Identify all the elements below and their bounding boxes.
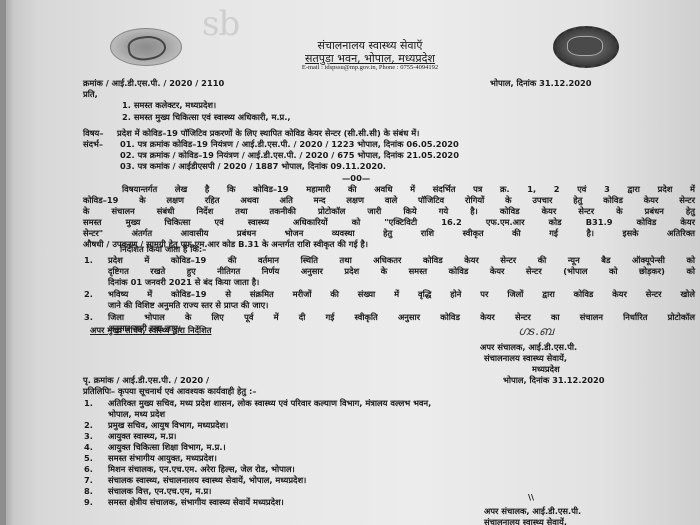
copy-item-text: आयुक्त चिकित्सा शिक्षा विभाग, म.प्र.।: [108, 442, 226, 452]
to-label: प्रति,: [83, 89, 98, 99]
letter-place-date: भोपाल, दिनांक 31.12.2020: [490, 78, 592, 88]
signatory-1-line-3: मध्यप्रदेश: [532, 364, 560, 374]
copy-item-text: संचालक स्वास्थ्य, संचालनालय स्वास्थ्य से…: [108, 475, 306, 485]
copy-item-number: 6.: [84, 464, 93, 474]
body-line: कोविड–19 के लक्षण रहित अथवा अति मन्द लक्…: [83, 195, 695, 205]
signatory-1-line-2: संचालनालय स्वास्थ्य सेवायें,: [484, 353, 567, 363]
copy-item-number: 8.: [84, 486, 93, 496]
directive-point-number: 2.: [84, 289, 93, 299]
copy-item-text: आयुक्त स्वास्थ्य, म.प्र।: [108, 431, 176, 441]
copy-item-number: 7.: [84, 475, 93, 485]
reference-item-3: 03. पत्र कमांक / आईडीएसपी / 2020 / 1887 …: [120, 161, 386, 171]
directive-point-text: जाने की विशिष्ट अनुमति राज्य स्तर से प्र…: [108, 300, 268, 310]
copy-item-number: 5.: [84, 453, 93, 463]
copy-label: प्रतिलिपिः– कृपया सूचनार्थ एवं आवश्यक का…: [83, 386, 257, 396]
copy-item-number: 2.: [84, 420, 93, 430]
body-line: विषयान्तर्गत लेख है कि कोविड–19 महामारी …: [122, 184, 695, 194]
copy-item-text: मिशन संचालक, एन.एच.एम. अरेरा हिल्स, जेल …: [108, 464, 295, 474]
signature-1: ഗs.ബ: [518, 326, 553, 336]
body-line: सेन्टर" अंतर्गत आवासीय प्रबंधन भोजन व्यव…: [83, 228, 695, 238]
directive-point-text: जिला भोपाल के लिए पूर्व में दी गई स्वीकृ…: [108, 312, 695, 322]
copy-item-number: 4.: [84, 442, 93, 452]
directive-point-text: दिनांक 01 जनवरी 2021 से बंद किया जाता है…: [108, 277, 259, 287]
body-line: के संचालन संबंधी निर्देश तथा तकनीकी प्रो…: [83, 206, 695, 216]
copy-item-text: संचालक वित्त, एन.एच.एम, म.प्र।: [108, 486, 211, 496]
separator: —00—: [342, 173, 370, 183]
reference-item-2: 02. पत्र क्रमांक / कोविड–19 नियंत्रण / आ…: [120, 150, 459, 160]
copy-item-text: भोपाल, मध्य प्रदेश: [108, 409, 165, 419]
copy-item-text: प्रमुख सचिव, आयुष विभाग, मध्यप्रदेश।: [108, 420, 228, 430]
copy-item-text: समस्त क्षेत्रीय संचालक, संभागीय स्वास्थ्…: [108, 497, 284, 507]
recipient-1: 1. समस्त कलेक्टर, मध्यप्रदेश।: [122, 100, 216, 110]
letter-number: क्रमांक / आई.डी.एस.पी. / 2020 / 2110: [83, 78, 224, 88]
signatory-2-line-2: संचालनालय स्वास्थ्य सेवायें,: [484, 517, 567, 525]
scan-edge-shadow: [0, 0, 6, 525]
copy-item-text: अतिरिक्त मुख्य सचिव, मध्य प्रदेश शासन, ल…: [108, 398, 431, 408]
endorsement-place-date: भोपाल, दिनांक 31.12.2020: [503, 375, 605, 385]
body-line: समस्त मुख्य चिकित्सा एवं स्वास्थ्य अधिका…: [83, 217, 695, 227]
reference-item-1: 01. पत्र क्रमांक कोविड–19 नियंत्रण / आई.…: [120, 139, 459, 149]
signatory-2-line-1: अपर संचालक, आई.डी.एस.पी.: [484, 506, 581, 516]
directive-point-number: 1.: [84, 255, 93, 265]
directive-point-text: अनुसार जारी रखा जाए।: [108, 323, 181, 333]
directive-point-text: दृष्टिगत रखते हुए नीतिगत निर्णय अनुसार प…: [108, 266, 695, 276]
endorsement-number: पृ. क्रमांक / आई.डी.एस.पी. / 2020 /: [83, 375, 209, 385]
org-contact: E-mail : idspssu@mp.gov.in, Phone : 0755…: [20, 64, 700, 71]
directive-point-text: भविष्य में कोविड–19 से संक्रमित मरीजों क…: [108, 289, 695, 299]
directive-point-number: 3.: [84, 312, 93, 322]
references-label: संदर्भ–: [83, 139, 103, 149]
recipient-2: 2. समस्त मुख्य चिकित्सा एवं स्वास्थ्य अध…: [122, 112, 291, 122]
copy-item-number: 1.: [84, 398, 93, 408]
directive-point-text: प्रदेश में कोविड–19 की वर्तमान स्थिति तथ…: [108, 255, 695, 265]
copy-item-text: समस्त संभागीय आयुक्त, मध्यप्रदेश।: [108, 453, 217, 463]
copy-item-number: 3.: [84, 431, 93, 441]
subject-text: प्रदेश में कोविड–19 पॉजिटिव प्रकरणों के …: [117, 128, 419, 138]
body-line: औषधी / उपकरण / सामग्री हेतु एफ.एम.आर कोड…: [83, 239, 368, 249]
copy-item-number: 9.: [84, 497, 93, 507]
subject-label: विषय–: [83, 128, 104, 138]
signatory-1-line-1: अपर संचालक, आई.डी.एस.पी.: [480, 342, 577, 352]
signature-2: \\: [528, 492, 534, 502]
scanned-letter-page: sb संचालनालय स्वास्थ्य सेवाऍ सतपुड़ा भवन…: [0, 0, 700, 525]
